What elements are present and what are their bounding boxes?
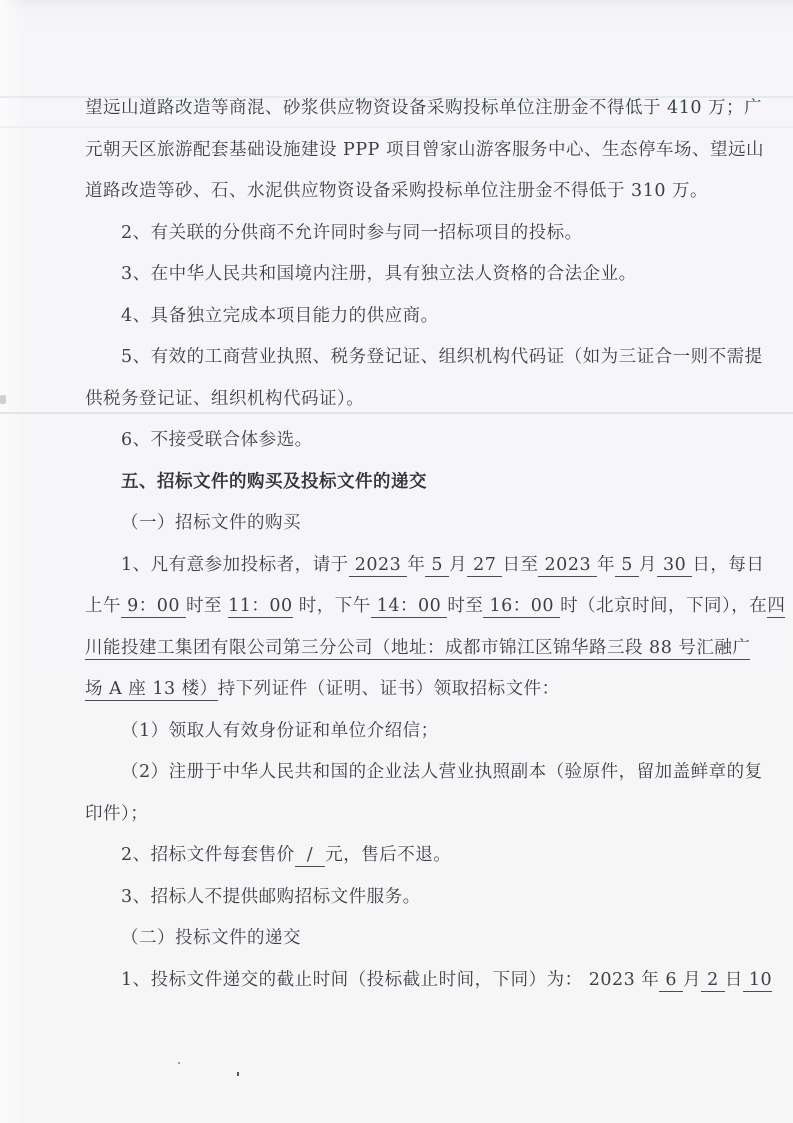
underlined-field: 川能投建工集团有限公司第三分公司（地址：成都市锦江区锦华路三段 88 号汇融广 xyxy=(85,638,750,660)
text-line: （二）投标文件的递交 xyxy=(85,918,725,960)
text-line: （一）招标文件的购买 xyxy=(85,503,725,545)
text-segment: 望远山道路改造等商混、砂浆供应物资设备采购投标单位注册金不得低于 410 万；广 xyxy=(85,98,762,118)
scanned-page: 望远山道路改造等商混、砂浆供应物资设备采购投标单位注册金不得低于 410 万；广… xyxy=(0,0,793,1123)
text-line: 2、招标文件每套售价 / 元，售后不退。 xyxy=(85,835,725,877)
text-segment: 印件）； xyxy=(85,804,148,824)
page-edge-highlight xyxy=(0,0,26,1123)
text-segment: 年 xyxy=(597,555,615,575)
text-line: 印件）； xyxy=(85,794,725,836)
text-segment: （二）投标文件的递交 xyxy=(121,928,301,948)
underlined-field: 10 xyxy=(743,970,772,992)
text-segment: 持下列证件（证明、证书）领取招标文件： xyxy=(218,679,560,699)
text-segment: 年 xyxy=(407,555,425,575)
text-segment: 月 xyxy=(449,555,467,575)
text-segment: 日 xyxy=(725,970,743,990)
text-segment: 3、招标人不提供邮购招标文件服务。 xyxy=(121,887,421,907)
text-line: 5、有效的工商营业执照、税务登记证、组织机构代码证（如为三证合一则不需提 xyxy=(85,337,725,379)
underlined-field: 2 xyxy=(701,970,725,992)
text-line: 2、有关联的分供商不允许同时参与同一招标项目的投标。 xyxy=(85,213,725,255)
text-segment: 元朝天区旅游配套基础设施建设 PPP 项目曾家山游客服务中心、生态停车场、望远山 xyxy=(85,140,764,160)
text-segment: 2、有关联的分供商不允许同时参与同一招标项目的投标。 xyxy=(121,223,583,243)
section-heading: 五、招标文件的购买及投标文件的递交 xyxy=(85,462,725,504)
text-segment: 3、在中华人民共和国境内注册，具有独立法人资格的合法企业。 xyxy=(121,264,637,284)
underlined-field: 2023 xyxy=(349,555,408,577)
text-segment: 日至 xyxy=(502,555,538,575)
text-segment: 1、投标文件递交的截止时间（投标截止时间，下同）为： 2023 年 xyxy=(121,970,659,990)
text-segment: 时至 xyxy=(186,596,228,616)
text-segment: 五、招标文件的购买及投标文件的递交 xyxy=(121,472,427,492)
text-line: 望远山道路改造等商混、砂浆供应物资设备采购投标单位注册金不得低于 410 万；广 xyxy=(85,88,725,130)
text-segment: （2）注册于中华人民共和国的企业法人营业执照副本（验原件，留加盖鲜章的复 xyxy=(121,762,763,782)
underlined-field: 5 xyxy=(425,555,449,577)
text-segment: 日，每日 xyxy=(692,555,764,575)
text-line: 道路改造等砂、石、水泥供应物资设备采购投标单位注册金不得低于 310 万。 xyxy=(85,171,725,213)
text-segment: 时，下午 xyxy=(293,596,371,616)
underlined-field: 16：00 xyxy=(483,596,560,618)
underlined-field: 5 xyxy=(615,555,639,577)
text-line: 6、不接受联合体参选。 xyxy=(85,420,725,462)
underlined-field: 2023 xyxy=(538,555,597,577)
underlined-field: 四 xyxy=(767,596,785,618)
text-segment: 供税务登记证、组织机构代码证）。 xyxy=(85,389,364,409)
text-segment: 上午 xyxy=(85,596,121,616)
text-line: 1、凡有意参加投标者，请于 2023 年 5 月 27 日至 2023 年 5 … xyxy=(85,545,725,587)
text-line: （1）领取人有效身份证和单位介绍信； xyxy=(85,711,725,753)
underlined-field: 6 xyxy=(659,970,683,992)
text-segment: 时至 xyxy=(447,596,483,616)
text-line: 供税务登记证、组织机构代码证）。 xyxy=(85,379,725,421)
text-segment: 6、不接受联合体参选。 xyxy=(121,430,313,450)
text-line: 川能投建工集团有限公司第三分公司（地址：成都市锦江区锦华路三段 88 号汇融广 xyxy=(85,628,725,670)
text-line: 3、招标人不提供邮购招标文件服务。 xyxy=(85,877,725,919)
scan-artifact-speck xyxy=(237,1072,239,1076)
text-segment: 4、具备独立完成本项目能力的供应商。 xyxy=(121,306,439,326)
text-line: 场 A 座 13 楼）持下列证件（证明、证书）领取招标文件： xyxy=(85,669,725,711)
text-line: 元朝天区旅游配套基础设施建设 PPP 项目曾家山游客服务中心、生态停车场、望远山 xyxy=(85,130,725,172)
document-body: 望远山道路改造等商混、砂浆供应物资设备采购投标单位注册金不得低于 410 万；广… xyxy=(85,88,725,1001)
text-segment: 月 xyxy=(639,555,657,575)
text-segment: 道路改造等砂、石、水泥供应物资设备采购投标单位注册金不得低于 310 万。 xyxy=(85,181,708,201)
text-segment: 5、有效的工商营业执照、税务登记证、组织机构代码证（如为三证合一则不需提 xyxy=(121,347,763,367)
underlined-field: 14：00 xyxy=(371,596,448,618)
underlined-field: 27 xyxy=(467,555,502,577)
scan-artifact-speck xyxy=(178,1062,180,1064)
text-segment: 时（北京时间，下同），在 xyxy=(560,596,767,616)
text-line: 1、投标文件递交的截止时间（投标截止时间，下同）为： 2023 年 6 月 2 … xyxy=(85,960,725,1002)
text-line: 4、具备独立完成本项目能力的供应商。 xyxy=(85,296,725,338)
text-line: 上午 9：00 时至 11：00 时，下午 14：00 时至 16：00 时（北… xyxy=(85,586,725,628)
text-segment: 1、凡有意参加投标者，请于 xyxy=(121,555,349,575)
text-line: 3、在中华人民共和国境内注册，具有独立法人资格的合法企业。 xyxy=(85,254,725,296)
underlined-field: / xyxy=(295,845,326,867)
underlined-field: 9：00 xyxy=(121,596,186,618)
text-line: （2）注册于中华人民共和国的企业法人营业执照副本（验原件，留加盖鲜章的复 xyxy=(85,752,725,794)
text-segment: （1）领取人有效身份证和单位介绍信； xyxy=(121,721,439,741)
text-segment: 元，售后不退。 xyxy=(325,845,451,865)
underlined-field: 30 xyxy=(657,555,692,577)
text-segment: 2、招标文件每套售价 xyxy=(121,845,295,865)
text-segment: （一）招标文件的购买 xyxy=(121,513,301,533)
underlined-field: 场 A 座 13 楼） xyxy=(85,679,218,701)
document-lines: 望远山道路改造等商混、砂浆供应物资设备采购投标单位注册金不得低于 410 万；广… xyxy=(85,88,725,1001)
text-segment: 月 xyxy=(683,970,701,990)
underlined-field: 11：00 xyxy=(228,596,293,618)
